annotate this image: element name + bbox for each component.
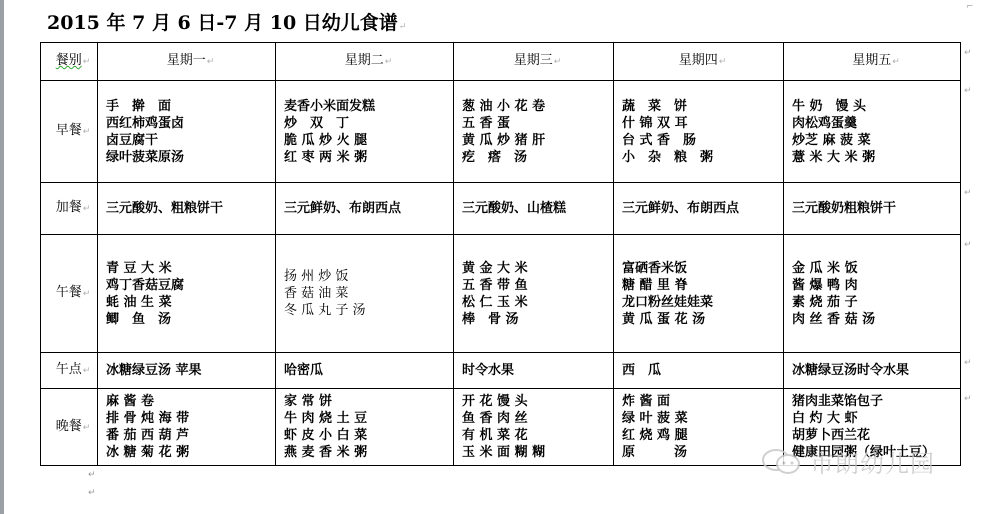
menu-table: 餐别↵ 星期一↵ 星期二↵ 星期三↵ 星期四↵ 星期五↵ 早餐↵ 手 擀 面西红… <box>40 42 961 466</box>
menu-cell: 葱 油 小 花 卷五 香 蛋黄 瓜 炒 猪 肝疙 瘩 汤 <box>454 81 614 183</box>
menu-cell: 炸 酱 面绿 叶 菠 菜红 烧 鸡 腿原 汤 <box>614 389 784 466</box>
menu-cell: 麦香小米面发糕炒 双 丁脆 瓜 炒 火 腿红 枣 两 米 粥 <box>276 81 454 183</box>
header-wednesday: 星期三↵ <box>454 43 614 81</box>
meal-label-lunch: 午餐↵ <box>41 235 98 353</box>
menu-cell: 西 瓜 <box>614 353 784 389</box>
meal-label-dinner: 晚餐↵ <box>41 389 98 466</box>
document-title: 2015 年 7 月 6 日-7 月 10 日幼儿食谱↵ <box>47 8 406 35</box>
menu-cell: 开 花 馒 头鱼 香 肉 丝有 机 菜 花玉 米 面 糊 糊 <box>454 389 614 466</box>
header-thursday: 星期四↵ <box>614 43 784 81</box>
menu-cell: 时令水果 <box>454 353 614 389</box>
menu-cell: 三元酸奶、粗粮饼干 <box>98 183 276 235</box>
row-end-mark: ↵ <box>964 394 972 404</box>
header-friday: 星期五↵ <box>784 43 961 81</box>
header-tuesday: 星期二↵ <box>276 43 454 81</box>
row-afternoon-snack: 午点↵ 冰糖绿豆汤 苹果 哈密瓜 时令水果 西 瓜 冰糖绿豆汤时令水果 <box>41 353 961 389</box>
menu-cell: 蔬 菜 饼什 锦 双 耳台 式 香 肠小 杂 粮 粥 <box>614 81 784 183</box>
menu-cell: 手 擀 面西红柿鸡蛋卤卤豆腐干绿叶菠菜原汤 <box>98 81 276 183</box>
row-end-mark: ↵ <box>964 358 972 368</box>
wechat-icon <box>760 447 804 477</box>
row-breakfast: 早餐↵ 手 擀 面西红柿鸡蛋卤卤豆腐干绿叶菠菜原汤 麦香小米面发糕炒 双 丁脆 … <box>41 81 961 183</box>
row-snack: 加餐↵ 三元酸奶、粗粮饼干 三元鲜奶、布朗西点 三元酸奶、山楂糕 三元鲜奶、布朗… <box>41 183 961 235</box>
menu-cell: 三元酸奶、山楂糕 <box>454 183 614 235</box>
meal-label-afternoon-snack: 午点↵ <box>41 353 98 389</box>
window-left-edge <box>0 0 4 514</box>
menu-cell: 哈密瓜 <box>276 353 454 389</box>
menu-cell: 三元鲜奶、布朗西点 <box>276 183 454 235</box>
menu-cell: 冰糖绿豆汤 苹果 <box>98 353 276 389</box>
menu-cell: 冰糖绿豆汤时令水果 <box>784 353 961 389</box>
menu-cell: 家 常 饼牛 肉 烧 土 豆虾 皮 小 白 菜燕 麦 香 米 粥 <box>276 389 454 466</box>
watermark: 市朗幼儿园 <box>760 444 935 479</box>
row-end-mark: ↵ <box>964 188 972 198</box>
menu-cell: 金 瓜 米 饭酱 爆 鸭 肉素 烧 茄 子肉 丝 香 菇 汤 <box>784 235 961 353</box>
meal-label-snack: 加餐↵ <box>41 183 98 235</box>
row-lunch: 午餐↵ 青 豆 大 米鸡丁香菇豆腐蚝 油 生 菜鲫 鱼 汤 扬 州 炒 饭香 菇… <box>41 235 961 353</box>
watermark-text: 市朗幼儿园 <box>810 444 935 479</box>
title-text: 2015 年 7 月 6 日-7 月 10 日幼儿食谱 <box>47 12 398 34</box>
header-monday: 星期一↵ <box>98 43 276 81</box>
menu-cell: 黄 金 大 米五 香 带 鱼松 仁 玉 米棒 骨 汤 <box>454 235 614 353</box>
meal-label-breakfast: 早餐↵ <box>41 81 98 183</box>
paragraph-mark: ↵ <box>399 22 407 32</box>
menu-cell: 扬 州 炒 饭香 菇 油 菜冬 瓜 丸 子 汤 <box>276 235 454 353</box>
menu-cell: 三元鲜奶、布朗西点 <box>614 183 784 235</box>
empty-paragraph-mark: ↵ <box>88 470 96 480</box>
corner-mark: ⌐ <box>966 2 974 12</box>
menu-cell: 富硒香米饭糖 醋 里 脊龙口粉丝娃娃菜黄 瓜 蛋 花 汤 <box>614 235 784 353</box>
empty-paragraph-mark: ↵ <box>88 488 96 498</box>
row-end-mark: ↵ <box>964 48 972 58</box>
row-end-mark: ↵ <box>964 86 972 96</box>
header-meal-type: 餐别↵ <box>41 43 98 81</box>
header-row: 餐别↵ 星期一↵ 星期二↵ 星期三↵ 星期四↵ 星期五↵ <box>41 43 961 81</box>
menu-cell: 麻 酱 卷排 骨 炖 海 带番 茄 西 葫 芦冰 糖 菊 花 粥 <box>98 389 276 466</box>
row-end-mark: ↵ <box>964 240 972 250</box>
menu-cell: 牛 奶 馒 头肉松鸡蛋羹炒芝 麻 菠 菜薏 米 大 米 粥 <box>784 81 961 183</box>
menu-cell: 青 豆 大 米鸡丁香菇豆腐蚝 油 生 菜鲫 鱼 汤 <box>98 235 276 353</box>
menu-cell: 三元酸奶粗粮饼干 <box>784 183 961 235</box>
